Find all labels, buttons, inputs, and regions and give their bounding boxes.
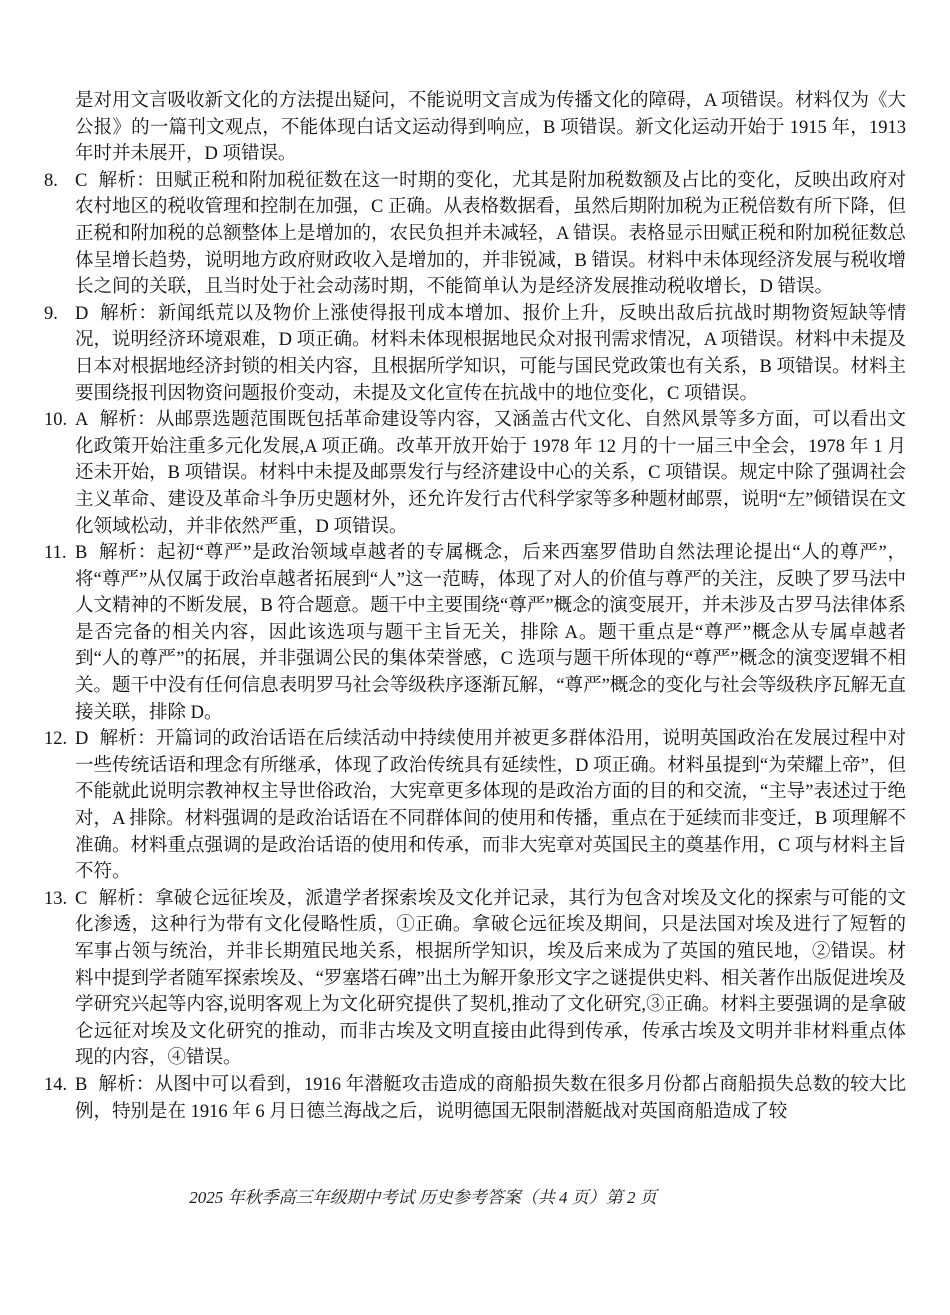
continuation-text: 是对用文言吸收新文化的方法提出疑问，不能说明文言成为传播文化的障碍，A 项错误。… — [75, 91, 906, 164]
item-number: 12. — [44, 726, 75, 753]
item-number: 13. — [44, 886, 75, 913]
continuation-paragraph: 是对用文言吸收新文化的方法提出疑问，不能说明文言成为传播文化的障碍，A 项错误。… — [44, 88, 906, 168]
item-answer-letter: D — [75, 729, 88, 749]
answer-item-9: 9.D解析：新闻纸荒以及物价上涨使得报刊成本增加、报价上升，反映出敌后抗战时期物… — [44, 301, 906, 407]
answer-item-13: 13.C解析：拿破仑远征埃及，派遣学者探索埃及文化并记录，其行为包含对埃及文化的… — [44, 886, 906, 1072]
item-analysis-text: 新闻纸荒以及物价上涨使得报刊成本增加、报价上升，反映出敌后抗战时期物资短缺等情况… — [75, 304, 906, 404]
analysis-label: 解析： — [99, 304, 157, 324]
item-number: 14. — [44, 1072, 75, 1099]
item-answer-letter: D — [75, 304, 88, 324]
item-analysis-text: 起初“尊严”是政治领域卓越者的专属概念，后来西塞罗借助自然法理论提出“人的尊严”… — [75, 543, 906, 723]
analysis-label: 解析： — [99, 729, 156, 749]
item-answer-letter: C — [75, 889, 87, 909]
item-analysis-text: 田赋正税和附加税征数在这一时期的变化，尤其是附加税数额及占比的变化，反映出政府对… — [75, 171, 906, 297]
item-number: 9. — [44, 301, 75, 328]
item-analysis-text: 拿破仑远征埃及，派遣学者探索埃及文化并记录，其行为包含对埃及文化的探索与可能的文… — [75, 889, 906, 1069]
item-number: 10. — [44, 407, 75, 434]
page-footer: 2025 年秋季高三年级期中考试 历史参考答案（共 4 页）第 2 页 — [0, 1186, 898, 1210]
answer-item-10: 10.A解析：从邮票选题范围既包括革命建设等内容，又涵盖古代文化、自然风景等多方… — [44, 407, 906, 540]
answer-sheet-page: 是对用文言吸收新文化的方法提出疑问，不能说明文言成为传播文化的障碍，A 项错误。… — [0, 0, 950, 1125]
item-analysis-text: 从图中可以看到，1916 年潜艇攻击造成的商船损失数在很多月份都占商船损失总数的… — [75, 1075, 906, 1122]
item-number: 11. — [44, 540, 75, 567]
analysis-label: 解析： — [99, 410, 156, 430]
item-answer-letter: B — [75, 1075, 87, 1095]
answer-item-11: 11.B解析：起初“尊严”是政治领域卓越者的专属概念，后来西塞罗借助自然法理论提… — [44, 540, 906, 726]
item-analysis-text: 开篇词的政治话语在后续活动中持续使用并被更多群体沿用，说明英国政治在发展过程中对… — [75, 729, 906, 882]
item-answer-letter: B — [75, 543, 87, 563]
analysis-label: 解析： — [98, 543, 157, 563]
item-answer-letter: A — [75, 410, 88, 430]
answer-item-12: 12.D解析：开篇词的政治话语在后续活动中持续使用并被更多群体沿用，说明英国政治… — [44, 726, 906, 886]
analysis-label: 解析： — [98, 171, 155, 191]
analysis-label: 解析： — [98, 1075, 154, 1095]
analysis-label: 解析： — [98, 889, 155, 909]
item-number: 8. — [44, 168, 75, 195]
item-analysis-text: 从邮票选题范围既包括革命建设等内容，又涵盖古代文化、自然风景等多方面，可以看出文… — [75, 410, 906, 536]
answer-item-8: 8.C解析：田赋正税和附加税征数在这一时期的变化，尤其是附加税数额及占比的变化，… — [44, 168, 906, 301]
item-answer-letter: C — [75, 171, 87, 191]
answer-item-14: 14.B解析：从图中可以看到，1916 年潜艇攻击造成的商船损失数在很多月份都占… — [44, 1072, 906, 1125]
